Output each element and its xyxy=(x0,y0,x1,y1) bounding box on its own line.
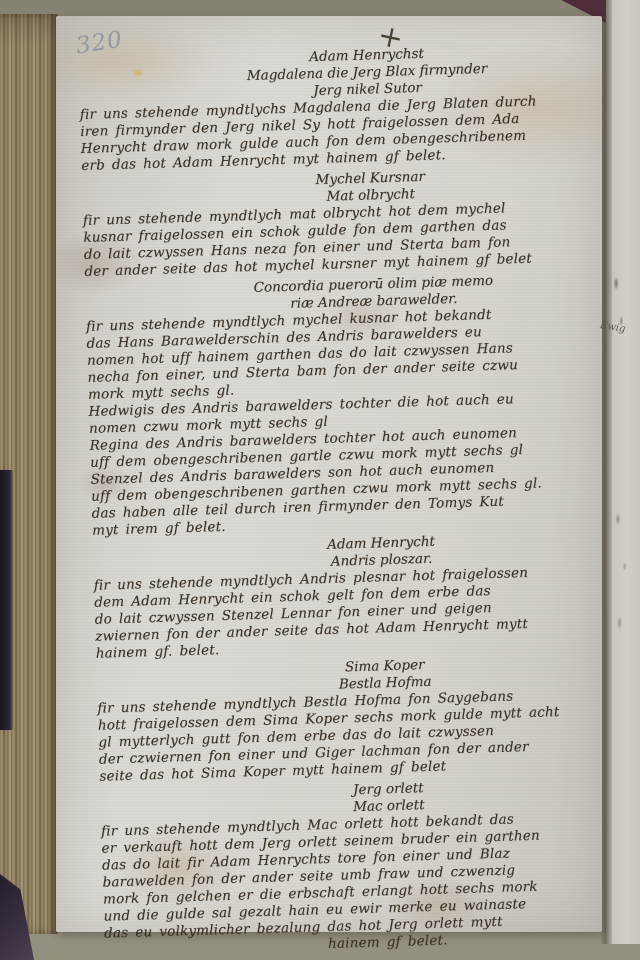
book-cover-left xyxy=(0,470,14,730)
entry-body: fir uns stehende myndtlych Bestla Hofma … xyxy=(97,686,605,786)
entry-body: fir uns stehende myndtlych Mac orlett ho… xyxy=(101,809,611,960)
register-entry-6: Jerg orlettMac orlett fir uns stehende m… xyxy=(100,775,611,960)
entry-body: fir uns stehende myndtlych mychel kusnar… xyxy=(86,304,598,540)
handwritten-text-block: Adam HenrychstMagdalena die Jerg Blax fi… xyxy=(78,41,611,960)
register-entry-1: Adam HenrychstMagdalena die Jerg Blax fi… xyxy=(78,41,587,175)
entry-body: fir uns stehende myndtlych Andris plesna… xyxy=(93,563,601,663)
register-entry-3: Concordia puerorū olim piæ memoriæ Andre… xyxy=(85,270,598,540)
register-entry-4: Adam HenrychtAndris ploszar. fir uns ste… xyxy=(92,529,601,663)
manuscript-page: 320 + Adam HenrychstMagdalena die Jerg B… xyxy=(56,16,602,932)
photo-background: 320 + Adam HenrychstMagdalena die Jerg B… xyxy=(0,0,640,960)
register-entry-5: Sima KoperBestla Hofma fir uns stehende … xyxy=(96,652,605,786)
register-entry-2: Mychel KursnarMat olbrycht fir uns stehe… xyxy=(82,164,591,281)
